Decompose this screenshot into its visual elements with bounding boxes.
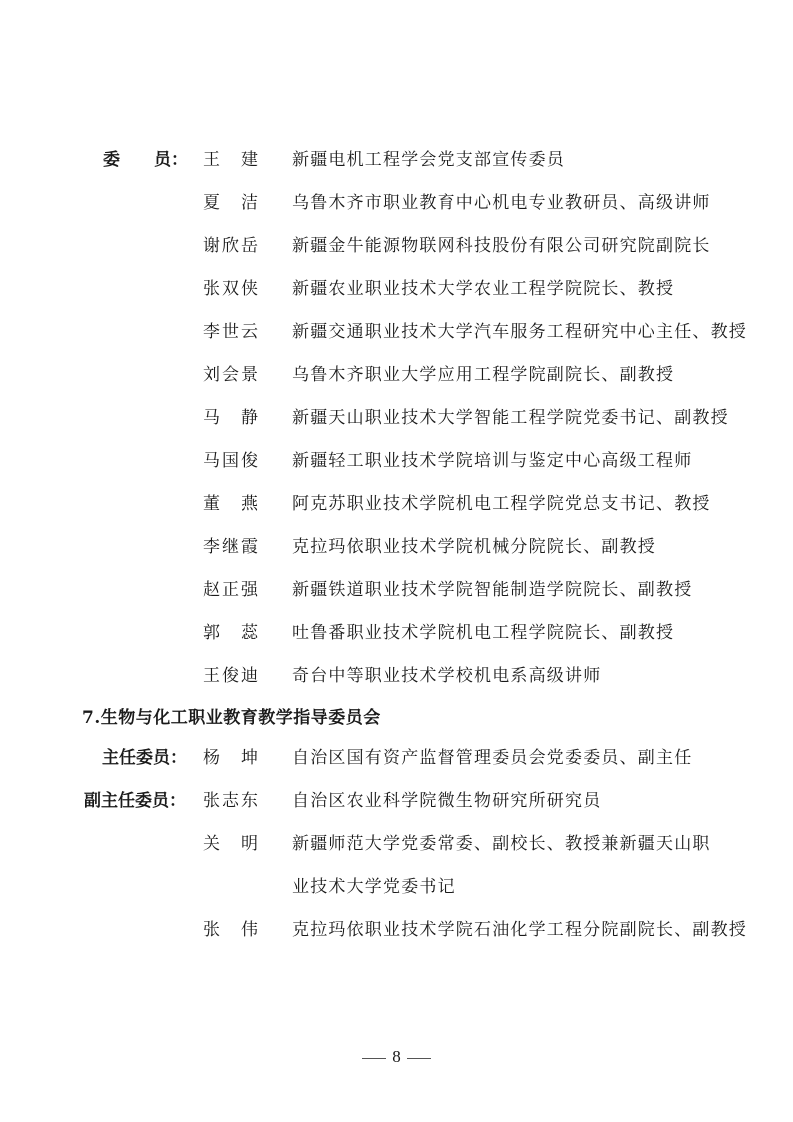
- member-name: 赵正强: [203, 578, 260, 602]
- member-name: 李继霞: [203, 535, 260, 559]
- member-title: 乌鲁木齐职业大学应用工程学院副院长、副教授: [292, 363, 674, 387]
- member-title: 奇台中等职业技术学校机电系高级讲师: [292, 664, 601, 688]
- member-title: 新疆师范大学党委常委、副校长、教授兼新疆天山职: [292, 832, 711, 856]
- member-name: 李世云: [203, 320, 260, 344]
- member-title: 新疆金牛能源物联网科技股份有限公司研究院副院长: [292, 234, 711, 258]
- member-name: 郭 蕊: [203, 621, 260, 645]
- member-title: 新疆电机工程学会党支部宣传委员: [292, 148, 565, 172]
- member-name: 刘会景: [203, 363, 260, 387]
- member-title: 乌鲁木齐市职业教育中心机电专业教研员、高级讲师: [292, 191, 711, 215]
- member-title: 自治区农业科学院微生物研究所研究员: [292, 789, 601, 813]
- member-name: 王 建: [203, 148, 260, 172]
- member-title: 新疆轻工职业技术学院培训与鉴定中心高级工程师: [292, 449, 692, 473]
- member-title-continued: 业技术大学党委书记: [292, 875, 456, 899]
- member-name: 杨 坤: [203, 746, 260, 770]
- section-heading: 7.生物与化工职业教育教学指导委员会: [82, 703, 381, 728]
- member-title: 阿克苏职业技术学院机电工程学院党总支书记、教授: [292, 492, 711, 516]
- member-title: 新疆天山职业技术大学智能工程学院党委书记、副教授: [292, 406, 729, 430]
- member-name: 张志东: [203, 789, 260, 813]
- role-label-director: 主任委员：: [102, 746, 187, 770]
- page-number: 8: [0, 1047, 793, 1067]
- member-title: 克拉玛依职业技术学院机械分院院长、副教授: [292, 535, 656, 559]
- member-title: 克拉玛依职业技术学院石油化学工程分院副院长、副教授: [292, 918, 747, 942]
- member-name: 谢欣岳: [203, 234, 260, 258]
- member-title: 新疆铁道职业技术学院智能制造学院院长、副教授: [292, 578, 692, 602]
- member-name: 马 静: [203, 406, 260, 430]
- member-title: 新疆交通职业技术大学汽车服务工程研究中心主任、教授: [292, 320, 747, 344]
- member-name: 关 明: [203, 832, 260, 856]
- member-name: 夏 洁: [203, 191, 260, 215]
- member-name: 马国俊: [203, 449, 260, 473]
- member-title: 吐鲁番职业技术学院机电工程学院院长、副教授: [292, 621, 674, 645]
- member-name: 张 伟: [203, 918, 260, 942]
- role-label-deputy: 副主任委员：: [84, 789, 186, 813]
- member-name: 董 燕: [203, 492, 260, 516]
- member-title: 新疆农业职业技术大学农业工程学院院长、教授: [292, 277, 674, 301]
- dash-right: [407, 1058, 431, 1059]
- member-name: 张双侠: [203, 277, 260, 301]
- dash-left: [362, 1058, 386, 1059]
- page-number-value: 8: [392, 1047, 401, 1066]
- member-title: 自治区国有资产监督管理委员会党委委员、副主任: [292, 746, 692, 770]
- role-label-members: 委 员：: [103, 148, 188, 172]
- member-name: 王俊迪: [203, 664, 260, 688]
